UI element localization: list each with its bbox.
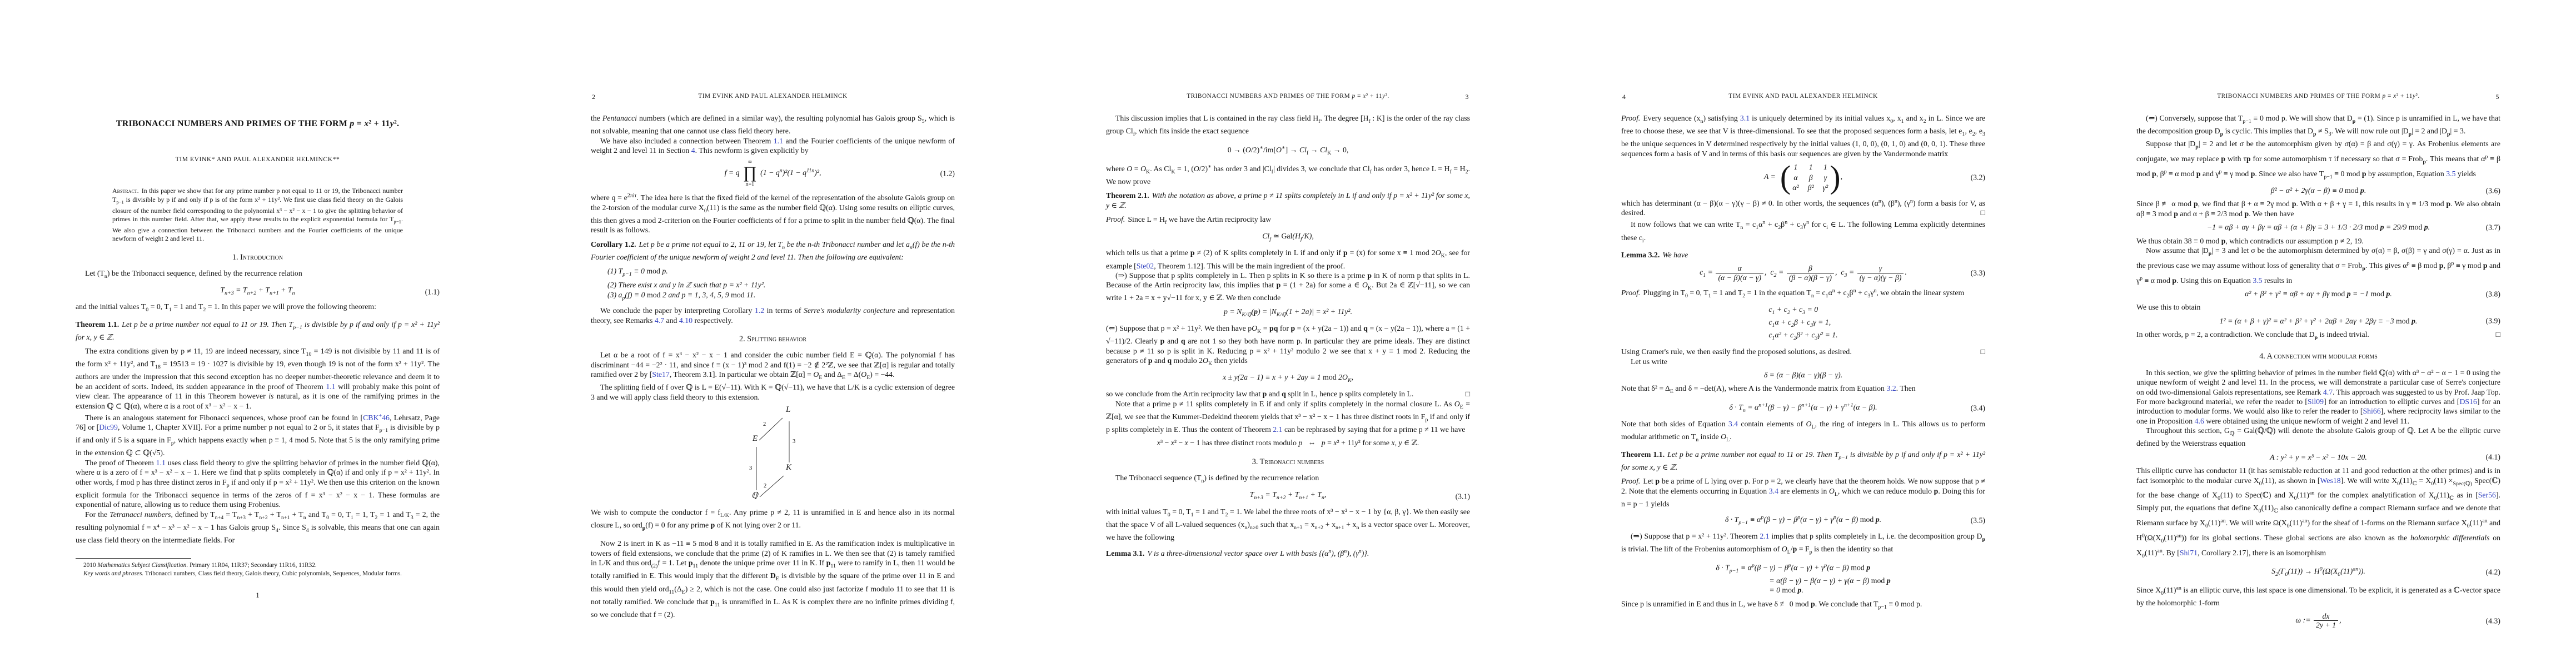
italic-text: y bbox=[1382, 93, 1386, 99]
paragraph: Note that δ² = ΔE and δ = −det(A), where… bbox=[1621, 384, 1985, 396]
reference-link[interactable]: 1.1 bbox=[156, 459, 166, 467]
running-head: TIM EVINK AND PAUL ALEXANDER HELMINCK bbox=[591, 93, 955, 99]
subscript: K bbox=[1208, 361, 1212, 367]
reference-link[interactable]: 4 bbox=[691, 146, 695, 155]
fraction: γ(γ − α)(γ − β) bbox=[1857, 264, 1904, 282]
paragraph: with initial values T0 = 0, T1 = 1 and T… bbox=[1106, 507, 1470, 542]
paragraph-text: where q = e2πiτ. The idea here is that t… bbox=[591, 193, 955, 234]
subscript: 0 bbox=[2161, 538, 2164, 544]
ideal-symbol: p bbox=[2195, 144, 2199, 150]
equation-number: (4.2) bbox=[2486, 567, 2500, 576]
reference-link[interactable]: Shi66 bbox=[2363, 407, 2380, 415]
paragraph-text: For the Tetranacci numbers, defined by T… bbox=[76, 510, 440, 544]
ideal-symbol: q bbox=[1167, 356, 1172, 365]
theorem-label: Lemma 3.1. bbox=[1106, 549, 1144, 558]
display-equation: −1 = αβ + αγ + βγ = αβ + (α + β)γ ≡ 3 + … bbox=[2136, 222, 2500, 232]
equation-punct: , bbox=[2339, 616, 2341, 624]
subscript: p bbox=[2220, 131, 2224, 137]
equation-number: (4.3) bbox=[2486, 616, 2500, 625]
reference-link[interactable]: Shi71 bbox=[2180, 549, 2198, 557]
equation-line: c1α² + c2β² + c3γ² = 1. bbox=[1768, 330, 1837, 343]
subscript: K/ℚ bbox=[1277, 312, 1286, 318]
italic-text: O bbox=[1436, 248, 1441, 257]
list-item: (1) Tp−1 ≡ 0 mod p. bbox=[607, 266, 955, 279]
superscript: n+1 bbox=[1758, 402, 1768, 409]
subscript: n+2 bbox=[1277, 495, 1286, 501]
subscript: p−1 bbox=[116, 199, 124, 205]
roman-text: mod bbox=[1323, 373, 1337, 381]
reference-link[interactable]: 4.6 bbox=[2195, 417, 2204, 425]
reference-link[interactable]: 3.2 bbox=[1886, 384, 1896, 392]
equation-number: (3.6) bbox=[2486, 186, 2500, 195]
equation-lhs: A = bbox=[1764, 172, 1776, 181]
running-head: TIM EVINK AND PAUL ALEXANDER HELMINCK bbox=[1621, 93, 1985, 99]
superscript: n bbox=[1785, 220, 1787, 226]
italic-text: y bbox=[1398, 439, 1402, 447]
fraction-denominator: (α − β)(α − γ) bbox=[1716, 273, 1763, 282]
paragraph: where q = e2πiτ. The idea here is that t… bbox=[591, 191, 955, 235]
subscript: 3 bbox=[2329, 131, 2331, 137]
ideal-symbol: p bbox=[710, 598, 715, 606]
subscript: K bbox=[1327, 150, 1331, 156]
subscript: n bbox=[1743, 407, 1746, 414]
superscript: n bbox=[1910, 198, 1913, 204]
subscript: 2 bbox=[1924, 118, 1926, 125]
ideal-symbol: p bbox=[2220, 131, 2224, 137]
fraction-denominator: (β − α)(β − γ) bbox=[1787, 273, 1834, 282]
paragraph: Let α be a root of f = x³ − x² − x − 1 a… bbox=[591, 350, 955, 382]
proof-label: Proof. bbox=[1621, 114, 1640, 122]
ideal-symbol: p bbox=[2423, 159, 2426, 165]
italic-text: y bbox=[1355, 439, 1358, 447]
superscript: n bbox=[1832, 287, 1835, 293]
theorem: Theorem 1.1.Let p be a prime number not … bbox=[76, 320, 440, 342]
ideal-symbol: p bbox=[1793, 545, 1797, 553]
display-equation: δ = (α − β)(α − γ)(β − γ). bbox=[1621, 370, 1985, 380]
theorem-statement: V is a three-dimensional vector space ov… bbox=[1147, 549, 1369, 558]
paragraph: We use this to obtain bbox=[2136, 302, 2500, 312]
subscript: 2 bbox=[1972, 131, 1975, 137]
paragraph: (⇒) Suppose that p splits completely in … bbox=[1106, 271, 1470, 303]
matrix-cell: 1 bbox=[1792, 162, 1798, 172]
roman-text: mod bbox=[1871, 576, 1885, 585]
page-number: 3 bbox=[1466, 93, 1469, 101]
ideal-symbol: p bbox=[2447, 200, 2451, 208]
qed-box: □ bbox=[1981, 347, 1985, 356]
footnote-rule bbox=[76, 558, 191, 559]
subscript: f bbox=[1368, 118, 1370, 125]
reference-link[interactable]: 4.7 bbox=[655, 316, 664, 325]
equation-line: c1α + c2β + c3γ = 1, bbox=[1768, 317, 1837, 330]
ideal-symbol: p bbox=[1367, 271, 1372, 280]
paragraph: In this section, we give the splitting b… bbox=[2136, 368, 2500, 426]
display-equation: f = q ∞∏n=1 (1 − qn)²(1 − q11n)²,(1.2) bbox=[591, 159, 955, 187]
subscript: 2 bbox=[1774, 272, 1777, 278]
reference-link[interactable]: 4.7 bbox=[2323, 388, 2333, 396]
italic-text: O bbox=[1194, 165, 1199, 173]
superscript: 0 bbox=[2320, 566, 2323, 573]
ideal-symbol: p bbox=[2194, 200, 2198, 208]
ideal-symbol: p bbox=[2221, 237, 2226, 245]
paragraph-text: and the initial values T0 = 0, T1 = 1 an… bbox=[76, 302, 376, 311]
italic-text: O bbox=[1203, 356, 1208, 365]
paragraph: the Pentanacci numbers (which are define… bbox=[591, 113, 955, 136]
italic-text: Pentanacci bbox=[602, 114, 637, 122]
subscript: p−1 bbox=[380, 427, 388, 434]
subscript: p bbox=[642, 525, 646, 531]
subscript: n+3 bbox=[1254, 495, 1263, 501]
ideal-symbol: pq bbox=[1269, 324, 1278, 332]
degree-label-EL: 2 bbox=[763, 420, 766, 429]
fraction-punct: . bbox=[1905, 268, 1906, 276]
section-heading: 4. A connection with modular forms bbox=[2136, 352, 2500, 361]
theorem: Lemma 3.1.V is a three-dimensional vecto… bbox=[1106, 546, 1470, 558]
subscript: E bbox=[842, 375, 845, 381]
list-item: (3) ap(f) ≡ 0 mod 2 and p ≡ 1, 3, 4, 5, … bbox=[607, 290, 955, 303]
page-3: TRIBONACCI NUMBERS AND PRIMES OF THE FOR… bbox=[1030, 0, 1546, 667]
subscript: 0 bbox=[2142, 552, 2145, 559]
subscript: ℚ bbox=[2230, 431, 2235, 437]
reference-link[interactable]: Ser56 bbox=[2478, 491, 2496, 499]
subscript: p bbox=[2423, 159, 2426, 165]
subscript: 2 bbox=[1847, 292, 1850, 298]
subscript: 0 bbox=[2259, 508, 2261, 514]
fraction-lhs: c3 = bbox=[1841, 268, 1856, 276]
equation-body: β² − α² + 2γ(α − β) ≡ 0 mod p. bbox=[2271, 186, 2366, 195]
page-5: TRIBONACCI NUMBERS AND PRIMES OF THE FOR… bbox=[2061, 0, 2576, 667]
superscript: + bbox=[378, 412, 382, 419]
theorem-statement: Let p be a prime not equal to 2, 11 or 1… bbox=[591, 240, 955, 261]
matrix-cell: γ² bbox=[1823, 183, 1828, 192]
page-number: 2 bbox=[592, 93, 596, 101]
italic-text: Cl bbox=[1320, 146, 1327, 154]
roman-text: Gal bbox=[1281, 232, 1292, 240]
superscript: an bbox=[2176, 585, 2181, 591]
subscript: K bbox=[1257, 328, 1261, 335]
superscript: p bbox=[1833, 514, 1836, 520]
matrix-cell: 1 bbox=[1823, 162, 1828, 172]
subscript: 0 bbox=[2287, 523, 2290, 529]
ideal-symbol: p bbox=[2221, 155, 2225, 163]
paragraph-text: Since p is unramified in E and thus in L… bbox=[1621, 600, 1922, 608]
reference-link[interactable]: Dic99 bbox=[99, 423, 118, 431]
equation-number: (3.9) bbox=[2486, 316, 2500, 326]
italic-text: O bbox=[1276, 146, 1282, 154]
paragraph: There is an analogous statement for Fibo… bbox=[76, 411, 440, 458]
subscript: 0 bbox=[2294, 495, 2297, 501]
reference-link[interactable]: DS16 bbox=[2459, 397, 2477, 406]
italic-text: O bbox=[1342, 373, 1348, 381]
paragraph-text: We have also included a connection betwe… bbox=[591, 137, 955, 155]
subscript: 3 bbox=[1867, 292, 1870, 298]
paragraph: We thus obtain 38 ≡ 0 mod p, which contr… bbox=[2136, 236, 2500, 246]
proof: Proof.Every sequence (xn) satisfying 3.1… bbox=[1621, 113, 1985, 158]
subscript: E bbox=[682, 589, 685, 595]
subscript: n+1 bbox=[281, 514, 290, 520]
subscript: n bbox=[1740, 225, 1743, 231]
italic-text: p bbox=[2383, 93, 2386, 99]
field-node-Q: ℚ bbox=[751, 491, 758, 501]
subscript: n bbox=[1201, 478, 1204, 484]
ideal-symbol: p bbox=[1811, 600, 1815, 608]
subscript: 0 bbox=[1890, 118, 1893, 125]
paragraph-text: In this section, we give the splitting b… bbox=[2136, 369, 2500, 425]
ideal-symbol: p bbox=[1655, 477, 1660, 485]
subscript: f bbox=[1269, 236, 1271, 242]
reference-link[interactable]: 1.1 bbox=[774, 137, 783, 145]
superscript: 2πiτ bbox=[627, 193, 637, 199]
equation-rhs: (1 − qn)²(1 − q11n)², bbox=[759, 168, 821, 177]
reference-link[interactable]: Wes18 bbox=[2320, 476, 2340, 485]
subscript: 2 bbox=[1793, 335, 1796, 341]
degree-label-LK: 3 bbox=[793, 437, 795, 446]
ideal-symbol: p bbox=[2315, 335, 2318, 341]
subscript: p−1 bbox=[394, 218, 402, 224]
reference-link[interactable]: 3.5 bbox=[2446, 170, 2455, 178]
reference-link[interactable]: 4.10 bbox=[679, 316, 692, 325]
italic-text: holomorphic differentials bbox=[2410, 534, 2489, 542]
italic-text: O bbox=[813, 370, 819, 379]
roman-text: mod bbox=[1851, 564, 1865, 572]
subscript: p bbox=[2447, 131, 2450, 137]
theorem-label: Lemma 3.2. bbox=[1621, 251, 1660, 259]
paragraph: Since β ≢ α mod p, we find that β + α ≡ … bbox=[2136, 199, 2500, 218]
section-heading: 2. Splitting behavior bbox=[591, 335, 955, 344]
equation-number: (3.3) bbox=[1971, 268, 1985, 277]
italic-text: x bbox=[1171, 439, 1174, 447]
roman-text: mod bbox=[2409, 223, 2423, 231]
equation-number: (4.1) bbox=[2486, 452, 2500, 462]
subscript: n+2 bbox=[247, 290, 257, 296]
paragraph-text: Note that δ² = ΔE and δ = −det(A), where… bbox=[1621, 384, 1916, 392]
product-lower-limit: n=1 bbox=[746, 181, 755, 187]
fraction-numerator: γ bbox=[1857, 264, 1904, 272]
subscript: p bbox=[1425, 417, 1428, 423]
ideal-symbol: p bbox=[2386, 290, 2390, 298]
theorem-statement: We have bbox=[1662, 251, 1688, 259]
subscript: i bbox=[1826, 225, 1828, 231]
italic-text: x bbox=[364, 119, 368, 128]
paragraph-text: where O = OK. As ClK = 1, (O/2)∗ has ord… bbox=[1106, 165, 1470, 186]
diag-in: LEKℚ2332 bbox=[750, 407, 806, 502]
reference-link[interactable]: 1.1 bbox=[326, 382, 335, 391]
field-extension-diagram: LEKℚ2332 bbox=[591, 407, 955, 502]
subscript: 0 bbox=[326, 514, 329, 520]
subscript: n bbox=[292, 290, 295, 296]
subscript: E bbox=[866, 375, 870, 381]
paragraph-text: Since X0(11)an is an elliptic curve, thi… bbox=[2136, 586, 2500, 607]
display-equation: A : y² + y = x³ − x² − 10x − 20.(4.1) bbox=[2136, 452, 2500, 462]
paragraph: Now 2 is inert in K as −11 ≡ 5 mod 8 and… bbox=[591, 539, 955, 619]
paragraph: We conclude the paper by interpreting Co… bbox=[591, 306, 955, 325]
italic-text: O bbox=[1245, 146, 1251, 154]
subscript: 1 bbox=[1772, 322, 1775, 328]
page-2: TIM EVINK AND PAUL ALEXANDER HELMINCK2th… bbox=[515, 0, 1031, 667]
paragraph: (⇒) Suppose that p = x² + 11y². Theorem … bbox=[1621, 531, 1985, 557]
subscript: 11 bbox=[669, 589, 675, 595]
subscript: n bbox=[1811, 292, 1814, 298]
subscript: p bbox=[2409, 131, 2412, 137]
vandermonde-matrix: 111αβγα²β²γ² bbox=[1792, 162, 1828, 192]
reference-link[interactable]: CBK+46 bbox=[363, 414, 390, 422]
subscript: 0 bbox=[2285, 571, 2288, 578]
subscript: 0 bbox=[146, 307, 148, 313]
ideal-symbol: p bbox=[2424, 223, 2428, 231]
paragraph: Now assume that |Dp| = 3 and let σ be th… bbox=[2136, 246, 2500, 285]
display-equation: Tn+3 = Tn+2 + Tn+1 + Tn,(3.1) bbox=[1106, 490, 1470, 502]
paragraph-text: which tells us that a prime p ≠ (2) of K… bbox=[1106, 248, 1470, 270]
page-header: TIM EVINK AND PAUL ALEXANDER HELMINCK2 bbox=[591, 93, 955, 99]
section-heading: 3. Tribonacci numbers bbox=[1106, 457, 1470, 467]
superscript: n+1 bbox=[1844, 402, 1853, 409]
subscript: n+4 bbox=[215, 514, 224, 520]
superscript: an bbox=[2309, 490, 2314, 496]
diagram-lines bbox=[750, 407, 806, 502]
subscript: ℂ bbox=[2413, 480, 2417, 486]
italic-text: O bbox=[1454, 400, 1460, 408]
page-1: TRIBONACCI NUMBERS AND PRIMES OF THE FOR… bbox=[0, 0, 516, 667]
superscript: p bbox=[2219, 168, 2222, 175]
reference-link[interactable]: Sil09 bbox=[2308, 397, 2324, 406]
superscript: p bbox=[2406, 260, 2409, 266]
paragraph-text: (⇐) Suppose that p = x² + 11y². We then … bbox=[1106, 324, 1470, 365]
subscript: i bbox=[1642, 237, 1644, 243]
paragraph-text: The extra conditions given by p ≠ 11, 19… bbox=[76, 347, 440, 410]
subscript: E bbox=[776, 576, 779, 582]
subscript: 11 bbox=[715, 601, 720, 608]
subscript: 0 bbox=[2259, 480, 2262, 486]
subscript: 0 bbox=[704, 208, 707, 214]
equation-body: Tn+3 = Tn+2 + Tn+1 + Tn, bbox=[1250, 490, 1327, 499]
equation-number: (3.7) bbox=[2486, 222, 2500, 232]
subscript: p bbox=[2362, 266, 2365, 272]
display-equation: x³ − x² − x − 1 has three distinct roots… bbox=[1106, 438, 1470, 447]
paragraph: (⇐) Suppose that p = x² + 11y². We then … bbox=[1106, 323, 1470, 369]
subscript: 1 bbox=[1772, 309, 1775, 315]
subscript: n bbox=[303, 514, 306, 520]
ideal-symbol: p bbox=[1148, 356, 1153, 365]
ideal-symbol: p bbox=[642, 525, 646, 531]
roman-text: mod bbox=[2365, 223, 2379, 231]
equation-number: (3.2) bbox=[1971, 173, 1985, 182]
italic-text: O bbox=[1252, 324, 1257, 332]
ideal-symbol: p bbox=[2172, 276, 2176, 285]
paragraph: The proof of Theorem 1.1 uses class fiel… bbox=[76, 458, 440, 510]
fraction-numerator: dx bbox=[2314, 612, 2338, 620]
matrix-cell: 1 bbox=[1808, 162, 1814, 172]
superscript: p bbox=[1824, 563, 1827, 569]
subscript: 1 bbox=[1772, 335, 1775, 341]
paragraph: This elliptic curve has conductor 11 (it… bbox=[2136, 466, 2500, 561]
superscript: p bbox=[2451, 260, 2454, 266]
ideal-symbol: p bbox=[1866, 564, 1870, 572]
subscript: 1 bbox=[1703, 272, 1706, 278]
superscript: n+1 bbox=[1802, 402, 1811, 409]
reference-link[interactable]: 1.2 bbox=[755, 306, 764, 315]
subscript: L bbox=[1726, 437, 1730, 443]
page-header: TRIBONACCI NUMBERS AND PRIMES OF THE FOR… bbox=[1106, 93, 1470, 99]
abstract: Abstract.In this paper we show that for … bbox=[112, 187, 403, 243]
subscript: 2 bbox=[1742, 292, 1745, 298]
italic-text: O bbox=[1362, 281, 1368, 289]
section-heading: 1. Introduction bbox=[76, 253, 440, 262]
spacer bbox=[591, 533, 955, 539]
reference-link[interactable]: 3.4 bbox=[1769, 487, 1778, 495]
theorem: Corollary 1.2.Let p be a prime not equal… bbox=[591, 240, 955, 262]
matrix-cell: β² bbox=[1808, 183, 1814, 192]
superscript: n bbox=[1895, 198, 1897, 204]
paragraph-text: We use this to obtain bbox=[2136, 303, 2200, 311]
subscript: 2 bbox=[1787, 309, 1790, 315]
subscript: n bbox=[1701, 118, 1703, 125]
ideal-symbol: p bbox=[2483, 261, 2488, 270]
ideal-symbol: p bbox=[1797, 586, 1801, 594]
list-item: (2) There exist x and y in ℤ such that p… bbox=[607, 280, 955, 290]
paragraph-text: Now assume that |Dp| = 3 and let σ be th… bbox=[2136, 246, 2500, 285]
subscript: n+2 bbox=[1314, 524, 1323, 530]
reference-link[interactable]: 3.1 bbox=[1740, 114, 1750, 122]
ideal-symbol: p bbox=[2353, 118, 2356, 125]
paragraph-text: The proof of Theorem 1.1 uses class fiel… bbox=[76, 459, 440, 509]
footnote: 2010 Mathematics Subject Classification.… bbox=[76, 561, 440, 569]
reference-link[interactable]: 2.1 bbox=[1273, 425, 1282, 434]
reference-link[interactable]: Ste17 bbox=[652, 370, 669, 379]
reference-link[interactable]: 3.5 bbox=[2253, 276, 2262, 285]
subscript: p−1 bbox=[622, 271, 632, 277]
subscript: p bbox=[2353, 118, 2356, 125]
theorem-label: Theorem 1.1. bbox=[1621, 450, 1665, 459]
paragraph-text: This discussion implies that L is contai… bbox=[1106, 114, 1470, 135]
italic-text: x bbox=[1185, 439, 1188, 447]
subscript: p−1 bbox=[1878, 604, 1887, 610]
display-equation: A =(111αβγα²β²γ²),(3.2) bbox=[1621, 162, 1985, 192]
paragraph: Using Cramer's rule, we then easily find… bbox=[1621, 347, 1985, 356]
bd: A =(111αβγα²β²γ²), bbox=[1764, 172, 1842, 181]
italic-text: O bbox=[1806, 420, 1811, 428]
subscript: 3 bbox=[1802, 309, 1805, 315]
fraction-lhs: c1 = bbox=[1700, 268, 1715, 276]
subscript: 1 bbox=[1708, 292, 1711, 298]
display-equation: δ · Tp−1 ≡ αp(β − γ) − βp(α − γ) + γp(α … bbox=[1621, 561, 1985, 595]
fraction-punct: , bbox=[1765, 268, 1770, 276]
italic-text: y bbox=[2413, 93, 2416, 99]
fraction-punct: , bbox=[1835, 268, 1841, 276]
subscript: Spec(ℚ) bbox=[2453, 480, 2472, 486]
ideal-symbol: p bbox=[689, 559, 693, 567]
reference-link[interactable]: Ste02 bbox=[1137, 262, 1154, 270]
italic-text: x bbox=[1391, 439, 1394, 447]
paragraph: Note that a prime p ≠ 11 splits complete… bbox=[1106, 399, 1470, 435]
paragraph: We have also included a connection betwe… bbox=[591, 136, 955, 156]
theorem: Lemma 3.2.We have bbox=[1621, 250, 1985, 260]
display-equation: β² − α² + 2γ(α − β) ≡ 0 mod p.(3.6) bbox=[2136, 186, 2500, 195]
fraction: dx2y + 1 bbox=[2314, 612, 2338, 630]
subscript: 11 bbox=[693, 563, 699, 569]
subscript: 1 bbox=[1901, 118, 1904, 125]
superscript: p bbox=[2485, 153, 2488, 160]
fraction-numerator: β bbox=[1787, 264, 1834, 272]
equation-body: −1 = αβ + αγ + βγ = αβ + (α + β)γ ≡ 3 + … bbox=[2207, 223, 2430, 231]
reference-link[interactable]: 3.4 bbox=[1728, 420, 1738, 428]
subscript: 0 bbox=[1685, 292, 1688, 298]
reference-link[interactable]: 2.1 bbox=[1760, 532, 1769, 540]
italic-text: x bbox=[1157, 439, 1160, 447]
subscript: f bbox=[1307, 150, 1308, 156]
proof-text: Every sequence (xn) satisfying 3.1 is un… bbox=[1621, 114, 1985, 158]
equation-line: = 0 mod p. bbox=[1769, 585, 1890, 595]
subscript: 10 bbox=[306, 351, 312, 357]
subscript: n bbox=[782, 245, 785, 251]
